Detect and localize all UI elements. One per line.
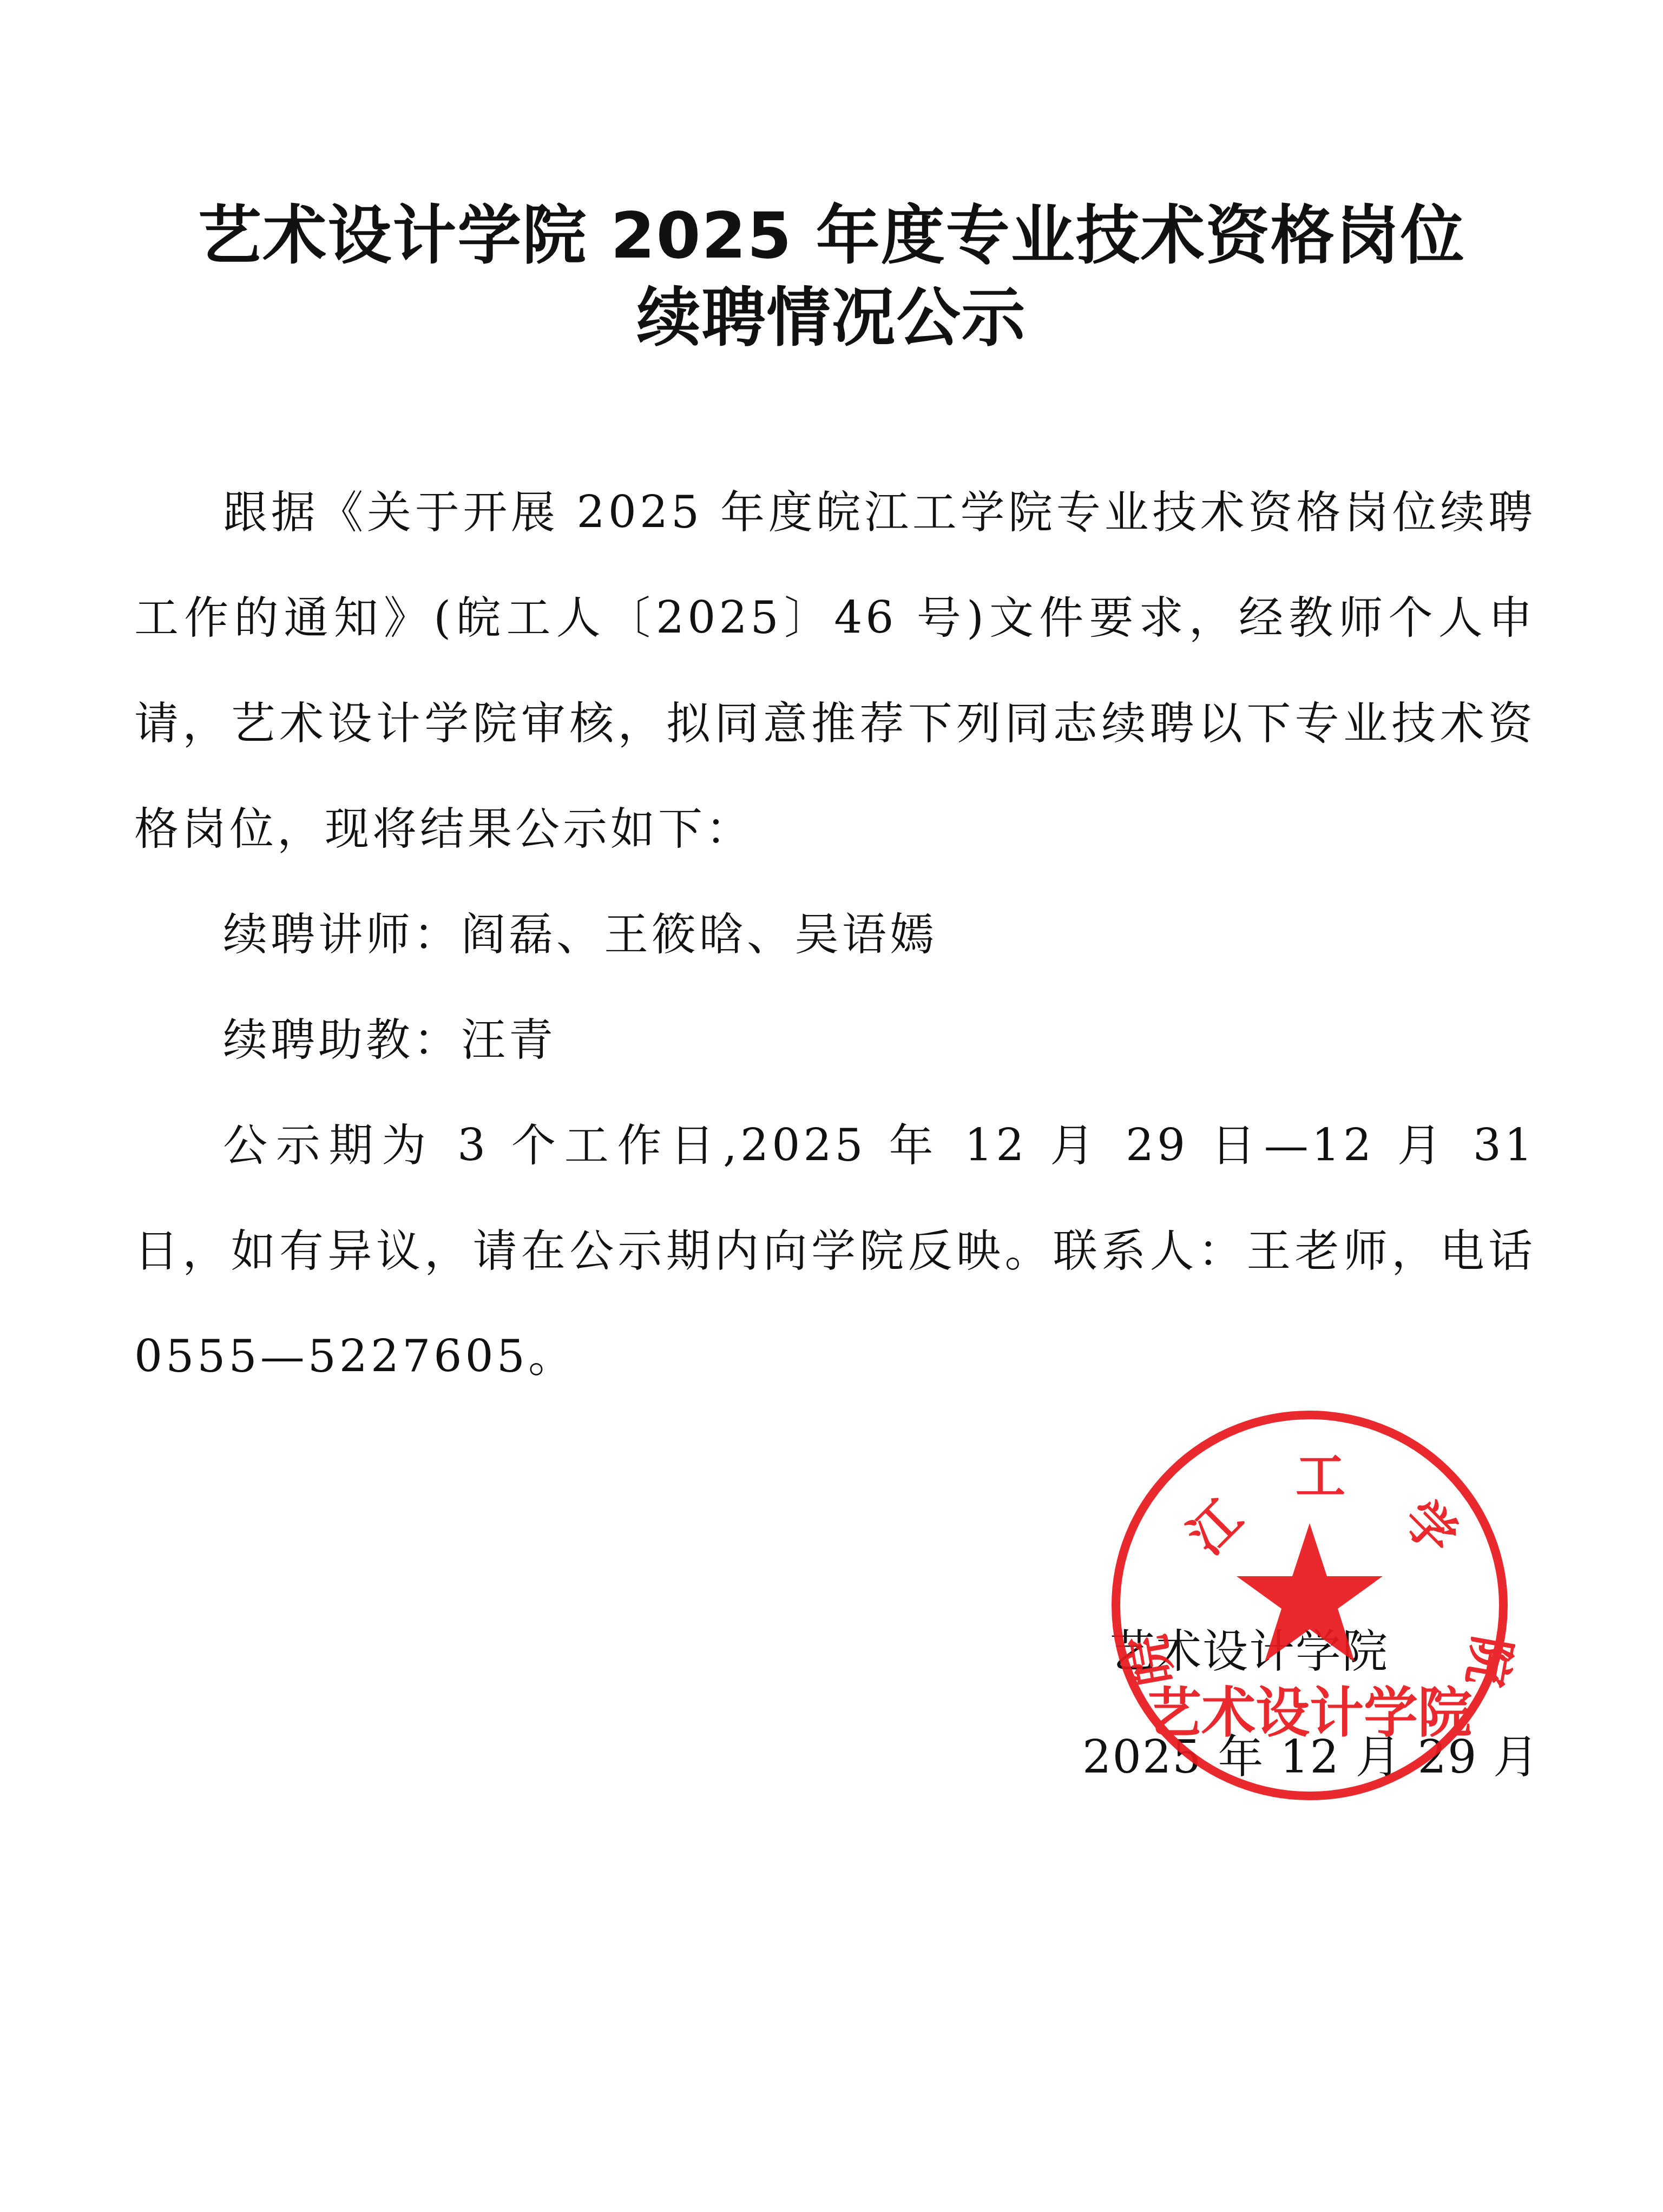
paragraph-assistants: 续聘助教：汪青 — [134, 988, 1536, 1093]
stamp-bottom-text: 艺术设计学院 — [1147, 1681, 1472, 1744]
official-seal-stamp: 皖 江 工 学 院 艺术设计学院 — [1104, 1404, 1515, 1805]
paragraph-publicity: 公示期为 3 个工作日,2025 年 12 月 29 日—12 月 31 日，如… — [134, 1093, 1536, 1410]
stamp-arc-char: 学 — [1392, 1489, 1468, 1565]
star-icon — [1237, 1523, 1383, 1662]
paragraph-basis: 跟据《关于开展 2025 年度皖江工学院专业技术资格岗位续聘工作的通知》(皖工人… — [134, 460, 1536, 882]
document-title-line2: 续聘情况公示 — [0, 277, 1663, 358]
stamp-arc-char: 江 — [1177, 1489, 1253, 1565]
stamp-arc-char: 工 — [1296, 1447, 1345, 1505]
document-title-line1: 艺术设计学院 2025 年度专业技术资格岗位 — [0, 195, 1663, 276]
paragraph-lecturers: 续聘讲师：阎磊、王筱晗、吴语嫣 — [134, 882, 1536, 988]
document-body: 跟据《关于开展 2025 年度皖江工学院专业技术资格岗位续聘工作的通知》(皖工人… — [134, 460, 1536, 1410]
